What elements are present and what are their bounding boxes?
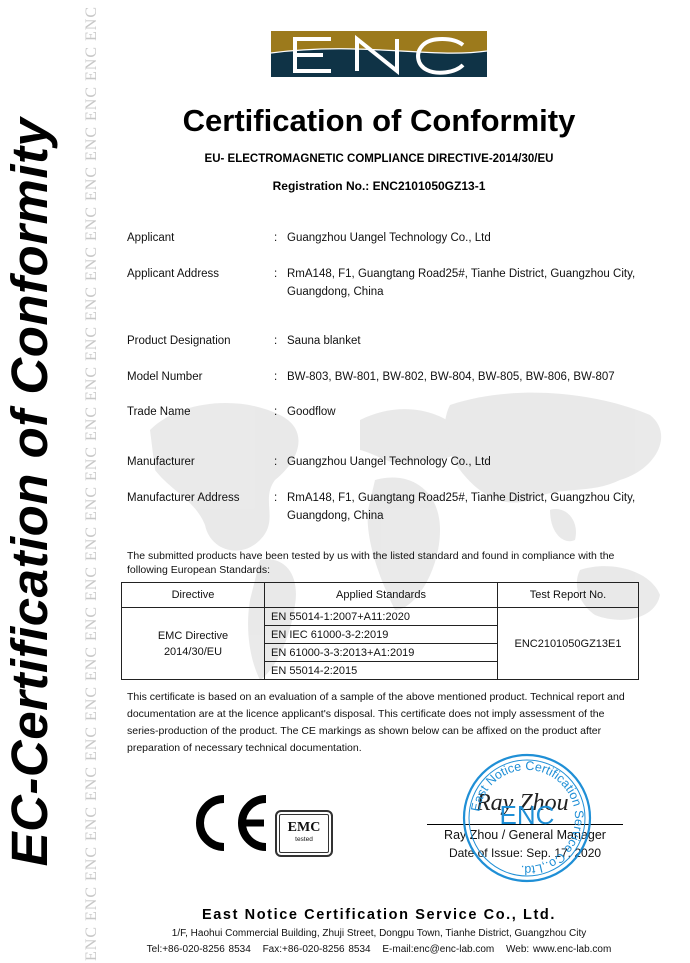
disclaimer-text: This certificate is based on an evaluati… xyxy=(127,689,637,757)
registration-number: Registration No.: ENC2101050GZ13-1 xyxy=(0,179,690,193)
field-colon: : xyxy=(274,265,277,283)
directive-subtitle: EU- ELECTROMAGNETIC COMPLIANCE DIRECTIVE… xyxy=(0,153,690,165)
emc-subtitle: tested xyxy=(277,835,331,844)
intro-text: The submitted products have been tested … xyxy=(127,549,637,577)
side-watermark: ENC ENC ENC ENC ENC ENC ENC ENC ENC ENC … xyxy=(81,1,103,961)
header-test-report: Test Report No. xyxy=(498,583,639,608)
footer-contact: Tel:+86-020-8256 8534 Fax:+86-020-8256 8… xyxy=(0,944,690,955)
header-directive: Directive xyxy=(122,583,265,608)
standard-cell: EN 61000-3-3:2013+A1:2019 xyxy=(265,644,498,662)
field-colon: : xyxy=(274,368,277,386)
field-label: Applicant xyxy=(127,229,277,247)
emc-tested-badge: EMC tested xyxy=(275,810,333,857)
company-stamp-icon: East Notice Certification Service Co.,Lt… xyxy=(461,752,593,884)
standard-cell: EN 55014-1:2007+A11:2020 xyxy=(265,608,498,626)
table-row: EMC Directive 2014/30/EU EN 55014-1:2007… xyxy=(122,608,639,626)
field-value: Guangzhou Uangel Technology Co., Ltd xyxy=(287,453,647,471)
enc-logo xyxy=(271,31,487,77)
field-label: Applicant Address xyxy=(127,265,277,283)
ce-mark-icon xyxy=(190,795,270,851)
field-colon: : xyxy=(274,229,277,247)
field-value: Guangzhou Uangel Technology Co., Ltd xyxy=(287,229,647,247)
footer-web[interactable]: Web: www.enc-lab.com xyxy=(506,944,611,955)
field-colon: : xyxy=(274,453,277,471)
field-colon: : xyxy=(274,403,277,421)
standard-cell: EN 55014-2:2015 xyxy=(265,662,498,680)
field-value: Sauna blanket xyxy=(287,332,647,350)
field-colon: : xyxy=(274,332,277,350)
field-label: Trade Name xyxy=(127,403,277,421)
side-title: EC-Certification of Conformity xyxy=(0,42,60,942)
footer-address: 1/F, Haohui Commercial Building, Zhuji S… xyxy=(0,928,690,939)
footer-fax: Fax:+86-020-8256 8534 xyxy=(263,944,371,955)
field-value: RmA148, F1, Guangtang Road25#, Tianhe Di… xyxy=(287,265,647,301)
field-value: RmA148, F1, Guangtang Road25#, Tianhe Di… xyxy=(287,489,647,525)
directive-name: EMC Directive xyxy=(158,630,228,642)
footer-company-name: East Notice Certification Service Co., L… xyxy=(0,907,690,923)
svg-text:ENC: ENC xyxy=(500,800,555,830)
field-label: Manufacturer xyxy=(127,453,277,471)
field-label: Model Number xyxy=(127,368,277,386)
directive-number: 2014/30/EU xyxy=(164,646,222,658)
field-value: Goodflow xyxy=(287,403,647,421)
field-value: BW-803, BW-801, BW-802, BW-804, BW-805, … xyxy=(287,368,667,386)
directive-cell: EMC Directive 2014/30/EU xyxy=(122,608,265,680)
test-report-cell: ENC2101050GZ13E1 xyxy=(498,608,639,680)
standards-table: Directive Applied Standards Test Report … xyxy=(121,582,639,680)
field-colon: : xyxy=(274,489,277,507)
header-applied-standards: Applied Standards xyxy=(265,583,498,608)
footer-tel: Tel:+86-020-8256 8534 xyxy=(147,944,251,955)
field-label: Product Designation xyxy=(127,332,277,350)
emc-title: EMC xyxy=(277,821,331,835)
field-label: Manufacturer Address xyxy=(127,489,277,507)
standard-cell: EN IEC 61000-3-2:2019 xyxy=(265,626,498,644)
footer-email[interactable]: E-mail:enc@enc-lab.com xyxy=(382,944,494,955)
page-title: Certification of Conformity xyxy=(0,103,690,139)
